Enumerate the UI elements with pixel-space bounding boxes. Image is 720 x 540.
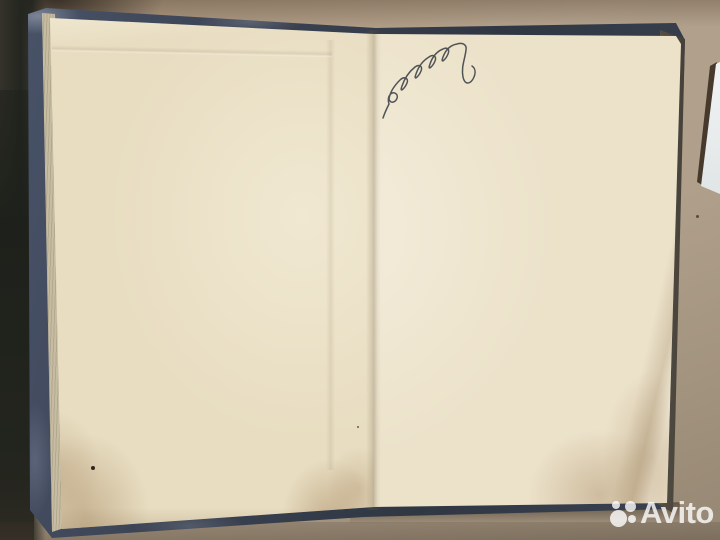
avito-logo-dot-icon (625, 501, 636, 512)
left-page-vertical-crease (326, 40, 335, 470)
avito-logo-dot-icon (610, 510, 627, 527)
handwritten-signature (378, 38, 488, 120)
page-speck (357, 426, 359, 428)
page-speck (91, 466, 95, 470)
photo-scene: Avito (0, 0, 720, 540)
avito-logo-dot-icon (612, 501, 620, 509)
background-speck (696, 215, 699, 218)
watermark-brand-text: Avito (640, 496, 716, 532)
avito-logo-dot-icon (628, 515, 636, 523)
avito-watermark: Avito (606, 495, 718, 533)
